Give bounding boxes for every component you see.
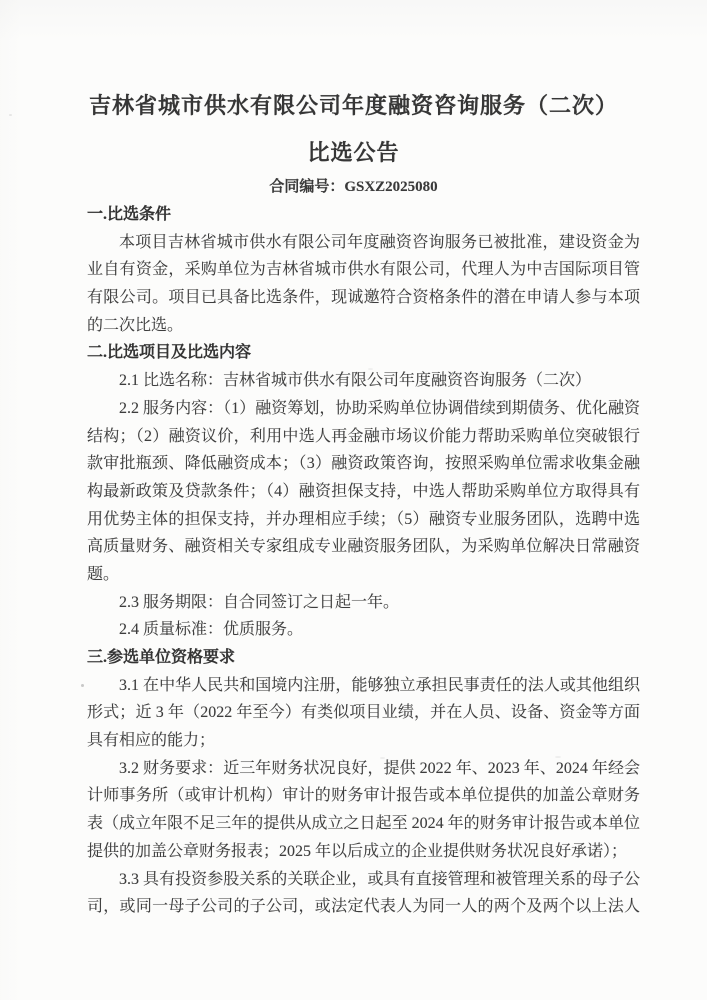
paragraph-line: 计师事务所（或审计机构）审计的财务审计报告或本单位提供的加盖公章财务报 xyxy=(87,782,640,810)
paragraph-line: 具有相应的能力； xyxy=(87,727,640,755)
paragraph-line: 表（成立年限不足三年的提供从成立之日起至 2024 年的财务审计报告或本单位 xyxy=(87,810,640,838)
paragraph-line: 3.1 在中华人民共和国境内注册，能够独立承担民事责任的法人或其他组织 xyxy=(87,672,640,700)
paragraph-line: 3.2 财务要求：近三年财务状况良好，提供 2022 年、2023 年、2024… xyxy=(87,755,640,783)
document-title-line2: 比选公告 xyxy=(0,129,707,176)
paragraph-line: 构最新政策及贷款条件；（4）融资担保支持，中选人帮助采购单位方取得具有信 xyxy=(87,478,640,506)
paragraph-line: 用优势主体的担保支持，并办理相应手续；（5）融资专业服务团队，选聘中选人 xyxy=(87,506,640,534)
paragraph-line: 2.1 比选名称：吉林省城市供水有限公司年度融资咨询服务（二次） xyxy=(87,367,640,395)
paragraph-line: 形式；近 3 年（2022 年至今）有类似项目业绩，并在人员、设备、资金等方面 xyxy=(87,699,640,727)
document-title-line1: 吉林省城市供水有限公司年度融资咨询服务（二次） xyxy=(0,82,707,129)
paragraph-line: 本项目吉林省城市供水有限公司年度融资咨询服务已被批准，建设资金为企 xyxy=(87,229,640,257)
paragraph-line: 高质量财务、融资相关专家组成专业融资服务团队，为采购单位解决日常融资问 xyxy=(87,533,640,561)
section-heading: 二.比选项目及比选内容 xyxy=(87,339,640,367)
paragraph-line: 业自有资金，采购单位为吉林省城市供水有限公司，代理人为中吉国际项目管理 xyxy=(87,256,640,284)
paragraph-line: 2.2 服务内容：（1）融资筹划，协助采购单位协调借续到期债务、优化融资 xyxy=(87,395,640,423)
paragraph-line: 有限公司。项目已具备比选条件，现诚邀符合资格条件的潜在申请人参与本项目 xyxy=(87,284,640,312)
paragraph-line: 的二次比选。 xyxy=(87,312,640,340)
section-heading: 一.比选条件 xyxy=(87,201,640,229)
paragraph-line: 司，或同一母子公司的子公司，或法定代表人为同一人的两个及两个以上法人不 xyxy=(87,893,640,921)
paragraph-line: 题。 xyxy=(87,561,640,589)
document-body: 一.比选条件本项目吉林省城市供水有限公司年度融资咨询服务已被批准，建设资金为企业… xyxy=(87,201,640,921)
paragraph-line: 2.4 质量标准：优质服务。 xyxy=(87,616,640,644)
contract-number-line: 合同编号：GSXZ2025080 xyxy=(0,177,707,197)
paragraph-line: 结构；（2）融资议价，利用中选人再金融市场议价能力帮助采购单位突破银行贷 xyxy=(87,423,640,451)
paragraph-line: 2.3 服务期限：自合同签订之日起一年。 xyxy=(87,589,640,617)
paragraph-line: 提供的加盖公章财务报表；2025 年以后成立的企业提供财务状况良好承诺）； xyxy=(87,838,640,866)
section-heading: 三.参选单位资格要求 xyxy=(87,644,640,672)
document-title: 吉林省城市供水有限公司年度融资咨询服务（二次） 比选公告 xyxy=(0,82,707,176)
scan-speck xyxy=(81,684,84,687)
paragraph-line: 3.3 具有投资参股关系的关联企业，或具有直接管理和被管理关系的母子公 xyxy=(87,866,640,894)
paragraph-line: 款审批瓶颈、降低融资成本；（3）融资政策咨询，按照采购单位需求收集金融机 xyxy=(87,450,640,478)
scanned-page: 吉林省城市供水有限公司年度融资咨询服务（二次） 比选公告 合同编号：GSXZ20… xyxy=(0,0,707,1000)
